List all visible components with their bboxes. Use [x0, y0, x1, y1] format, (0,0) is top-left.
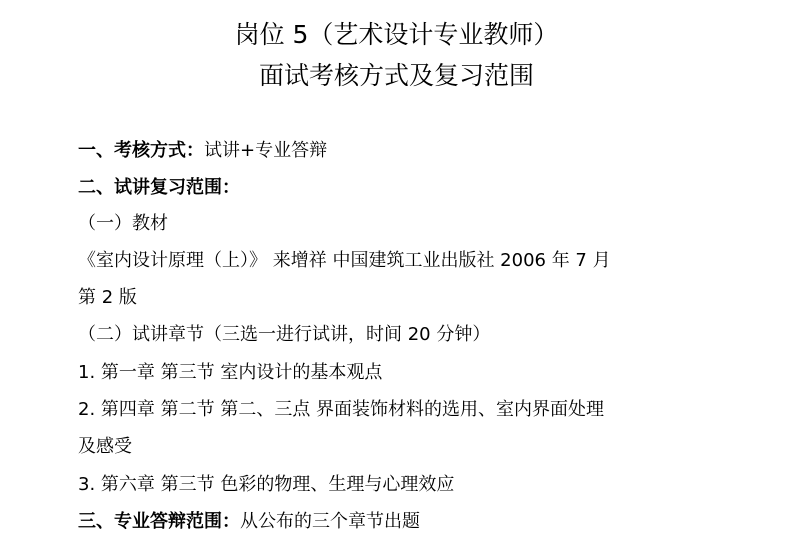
title-line-2: 面试考核方式及复习范围	[0, 61, 793, 91]
chapter-item-3: 3. 第六章 第三节 色彩的物理、生理与心理效应	[78, 473, 454, 497]
section-text: 试讲+专业答辩	[204, 140, 327, 161]
section-lecture-scope: 二、试讲复习范围：	[78, 176, 240, 200]
chapter-item-2: 2. 第四章 第二节 第二、三点 界面装饰材料的选用、室内界面处理	[78, 398, 604, 422]
section-heading: 二、试讲复习范围：	[78, 177, 240, 198]
chapters-label: （二）试讲章节（三选一进行试讲，时间 20 分钟）	[78, 323, 490, 347]
chapter-item-1: 1. 第一章 第三节 室内设计的基本观点	[78, 361, 382, 385]
section-heading: 一、考核方式：	[78, 140, 204, 161]
textbook-line-1: 《室内设计原理（上）》 来增祥 中国建筑工业出版社 2006 年 7 月	[78, 249, 611, 273]
section-heading: 三、专业答辩范围：	[78, 511, 240, 532]
section-assessment-method: 一、考核方式：试讲+专业答辩	[78, 139, 327, 163]
section-defense-scope: 三、专业答辩范围：从公布的三个章节出题	[78, 510, 420, 534]
textbook-label: （一）教材	[78, 212, 168, 236]
section-text: 从公布的三个章节出题	[240, 511, 420, 532]
chapter-item-2-continued: 及感受	[78, 435, 132, 459]
title-line-1: 岗位 5（艺术设计专业教师）	[0, 20, 793, 50]
textbook-line-2: 第 2 版	[78, 286, 137, 310]
